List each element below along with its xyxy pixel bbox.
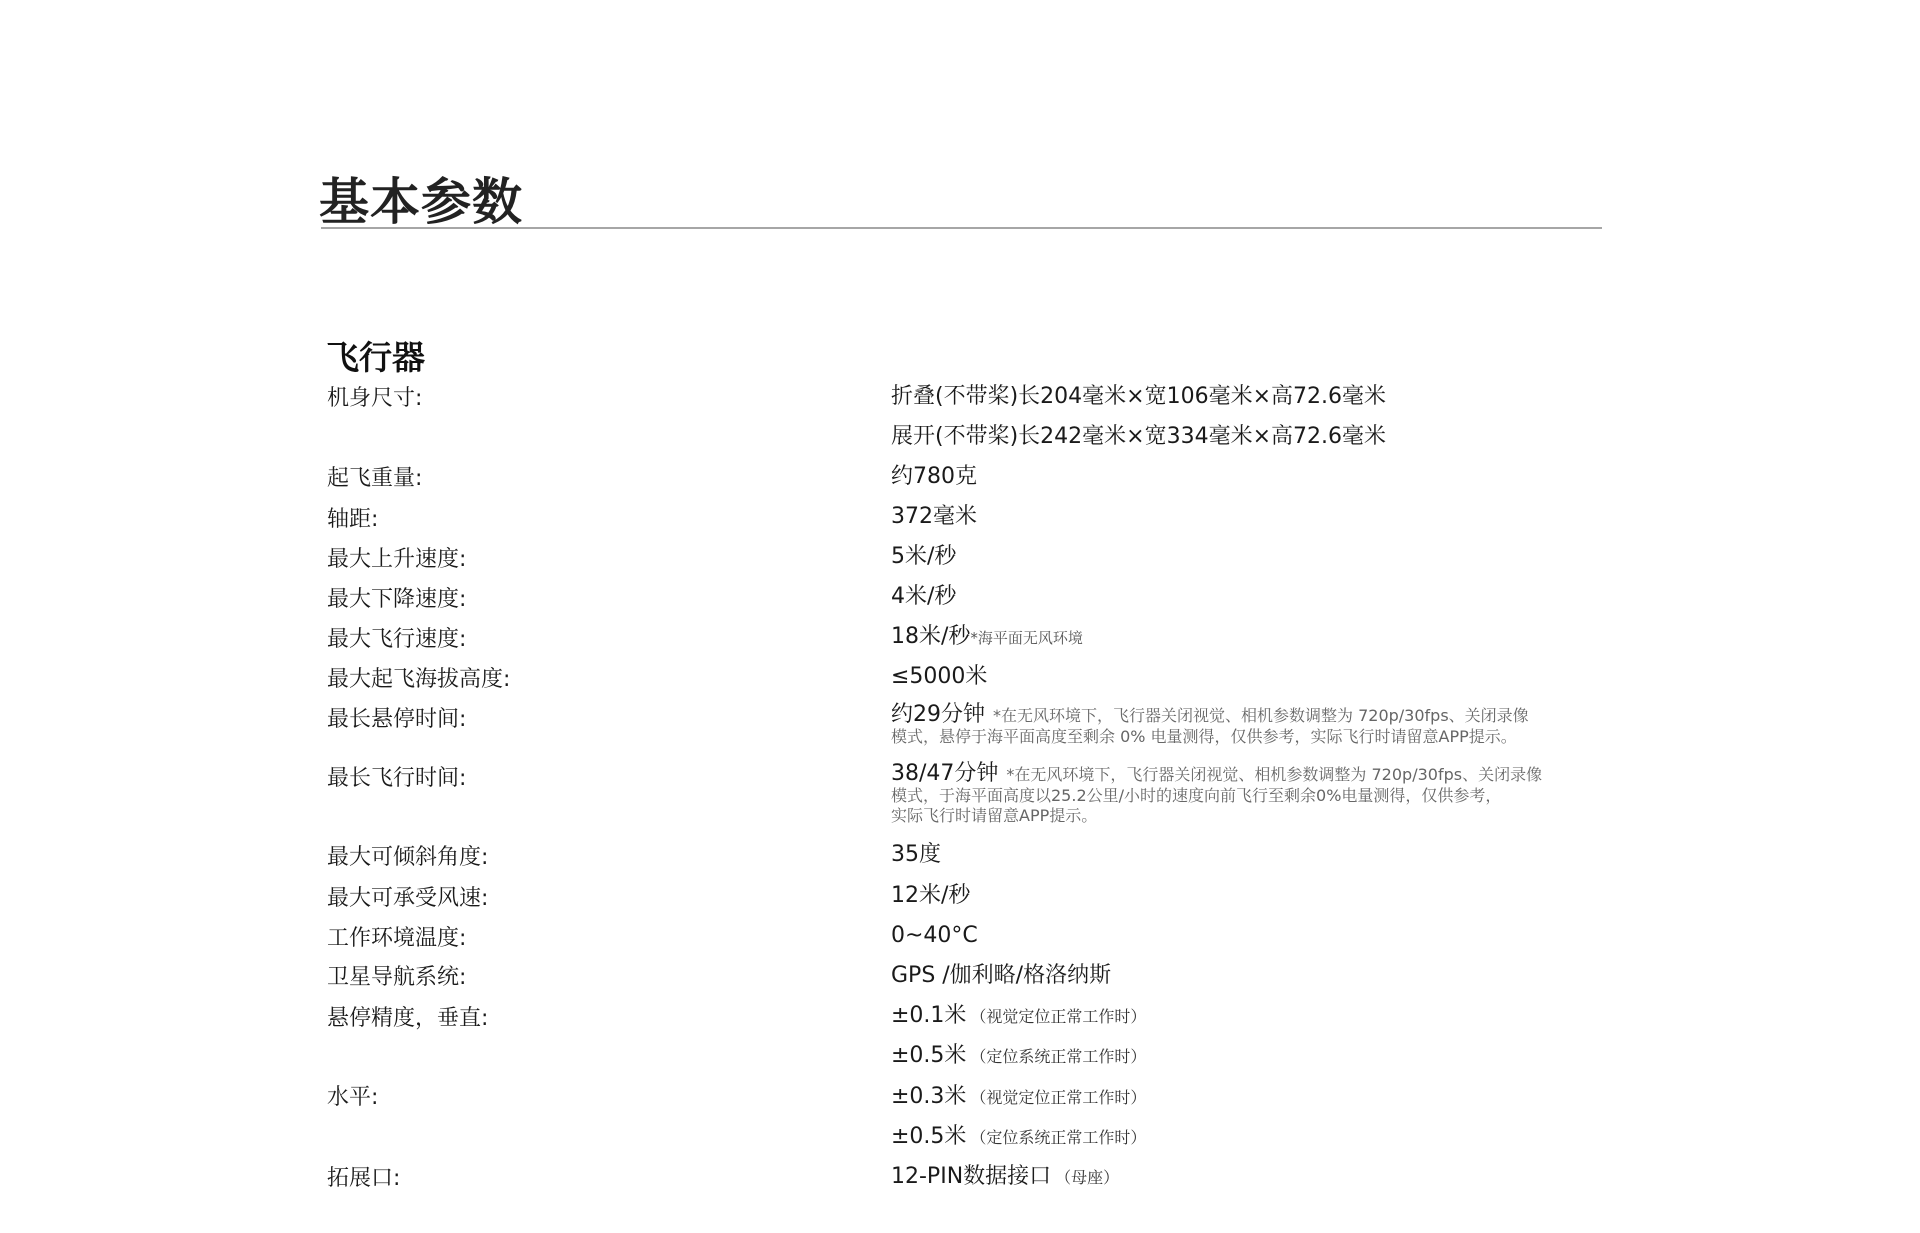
spec-note: （定位系统正常工作时） [970,1047,1146,1066]
spec-label-max-ascent-speed: 最大上升速度: [327,546,466,574]
spec-value-operating-temperature: 0~40°C [891,922,978,950]
spec-note-max-flight-speed: *海平面无风环境 [970,629,1083,647]
spec-note-line: 实际飞行时请留意APP提示。 [891,806,1611,827]
spec-value-dimensions-folded: 折叠(不带桨)长204毫米×宽106毫米×高72.6毫米 [891,383,1386,411]
spec-value-wheelbase: 372毫米 [891,503,977,531]
spec-label-wheelbase: 轴距: [327,506,378,534]
spec-value-takeoff-weight: 约780克 [891,463,977,491]
spec-label-max-flight-time: 最长飞行时间: [327,765,466,793]
spec-note-line: *在无风环境下，飞行器关闭视觉、相机参数调整为 720p/30fps、关闭录像 [993,706,1529,725]
spec-note-line: *在无风环境下，飞行器关闭视觉、相机参数调整为 720p/30fps、关闭录像 [1006,765,1542,784]
spec-label-max-hover-time: 最长悬停时间: [327,706,466,734]
spec-label-max-flight-speed: 最大飞行速度: [327,626,466,654]
spec-value-max-tilt-angle: 35度 [891,841,941,869]
spec-label-max-wind-resistance: 最大可承受风速: [327,885,488,913]
spec-value-max-flight-speed-text: 18米/秒 [891,624,970,649]
spec-note: （定位系统正常工作时） [970,1128,1146,1147]
spec-note: （母座） [1055,1168,1119,1187]
spec-value-text: ±0.3米 [891,1084,966,1109]
spec-label-hover-accuracy-horizontal: 水平: [327,1084,378,1112]
spec-label-max-altitude: 最大起飞海拔高度: [327,666,510,694]
spec-value-max-wind-resistance: 12米/秒 [891,882,970,910]
spec-value-dimensions-unfolded: 展开(不带桨)长242毫米×宽334毫米×高72.6毫米 [891,423,1386,451]
spec-value-max-altitude: ≤5000米 [891,663,987,691]
spec-note-line: 模式，悬停于海平面高度至剩余 0% 电量测得，仅供参考，实际飞行时请留意APP提… [891,727,1611,748]
spec-value-max-flight-speed: 18米/秒*海平面无风环境 [891,623,1083,652]
spec-value-hover-accuracy-horizontal-gnss: ±0.5米（定位系统正常工作时） [891,1123,1146,1152]
spec-value-gnss: GPS /伽利略/格洛纳斯 [891,962,1111,990]
spec-value-hover-accuracy-vertical-vision: ±0.1米（视觉定位正常工作时） [891,1002,1146,1031]
spec-label-takeoff-weight: 起飞重量: [327,465,422,493]
spec-label-max-descent-speed: 最大下降速度: [327,586,466,614]
spec-label-hover-accuracy-vertical: 悬停精度，垂直: [327,1005,488,1033]
note-line: 约29分钟*在无风环境下，飞行器关闭视觉、相机参数调整为 720p/30fps、… [891,705,1611,727]
spec-value-max-flight-time-text: 38/47分钟 [891,761,998,786]
spec-label-operating-temperature: 工作环境温度: [327,925,466,953]
spec-value-max-hover-time: 约29分钟*在无风环境下，飞行器关闭视觉、相机参数调整为 720p/30fps、… [891,705,1611,747]
spec-label-expansion-port: 拓展口: [327,1165,400,1193]
spec-label-gnss: 卫星导航系统: [327,964,466,992]
spec-note: （视觉定位正常工作时） [970,1007,1146,1026]
spec-value-hover-accuracy-vertical-gnss: ±0.5米（定位系统正常工作时） [891,1042,1146,1071]
spec-note: （视觉定位正常工作时） [970,1088,1146,1107]
spec-value-text: ±0.1米 [891,1003,966,1028]
section-title-aircraft: 飞行器 [326,337,425,379]
spec-value-text: 12-PIN数据接口 [891,1164,1051,1189]
spec-value-max-descent-speed: 4米/秒 [891,583,956,611]
spec-label-max-tilt-angle: 最大可倾斜角度: [327,844,488,872]
spec-value-hover-accuracy-horizontal-vision: ±0.3米（视觉定位正常工作时） [891,1083,1146,1112]
spec-value-max-ascent-speed: 5米/秒 [891,543,956,571]
spec-value-expansion-port: 12-PIN数据接口（母座） [891,1163,1119,1192]
spec-value-text: ±0.5米 [891,1124,966,1149]
title-divider [321,227,1602,229]
spec-value-max-hover-time-text: 约29分钟 [891,702,985,727]
spec-value-text: ±0.5米 [891,1043,966,1068]
spec-note-line: 模式，于海平面高度以25.2公里/小时的速度向前飞行至剩余0%电量测得，仅供参考… [891,786,1611,807]
spec-value-max-flight-time: 38/47分钟*在无风环境下，飞行器关闭视觉、相机参数调整为 720p/30fp… [891,764,1611,827]
page-title: 基本参数 [319,170,523,234]
note-line: 38/47分钟*在无风环境下，飞行器关闭视觉、相机参数调整为 720p/30fp… [891,764,1611,786]
spec-label-dimensions: 机身尺寸: [327,385,422,413]
